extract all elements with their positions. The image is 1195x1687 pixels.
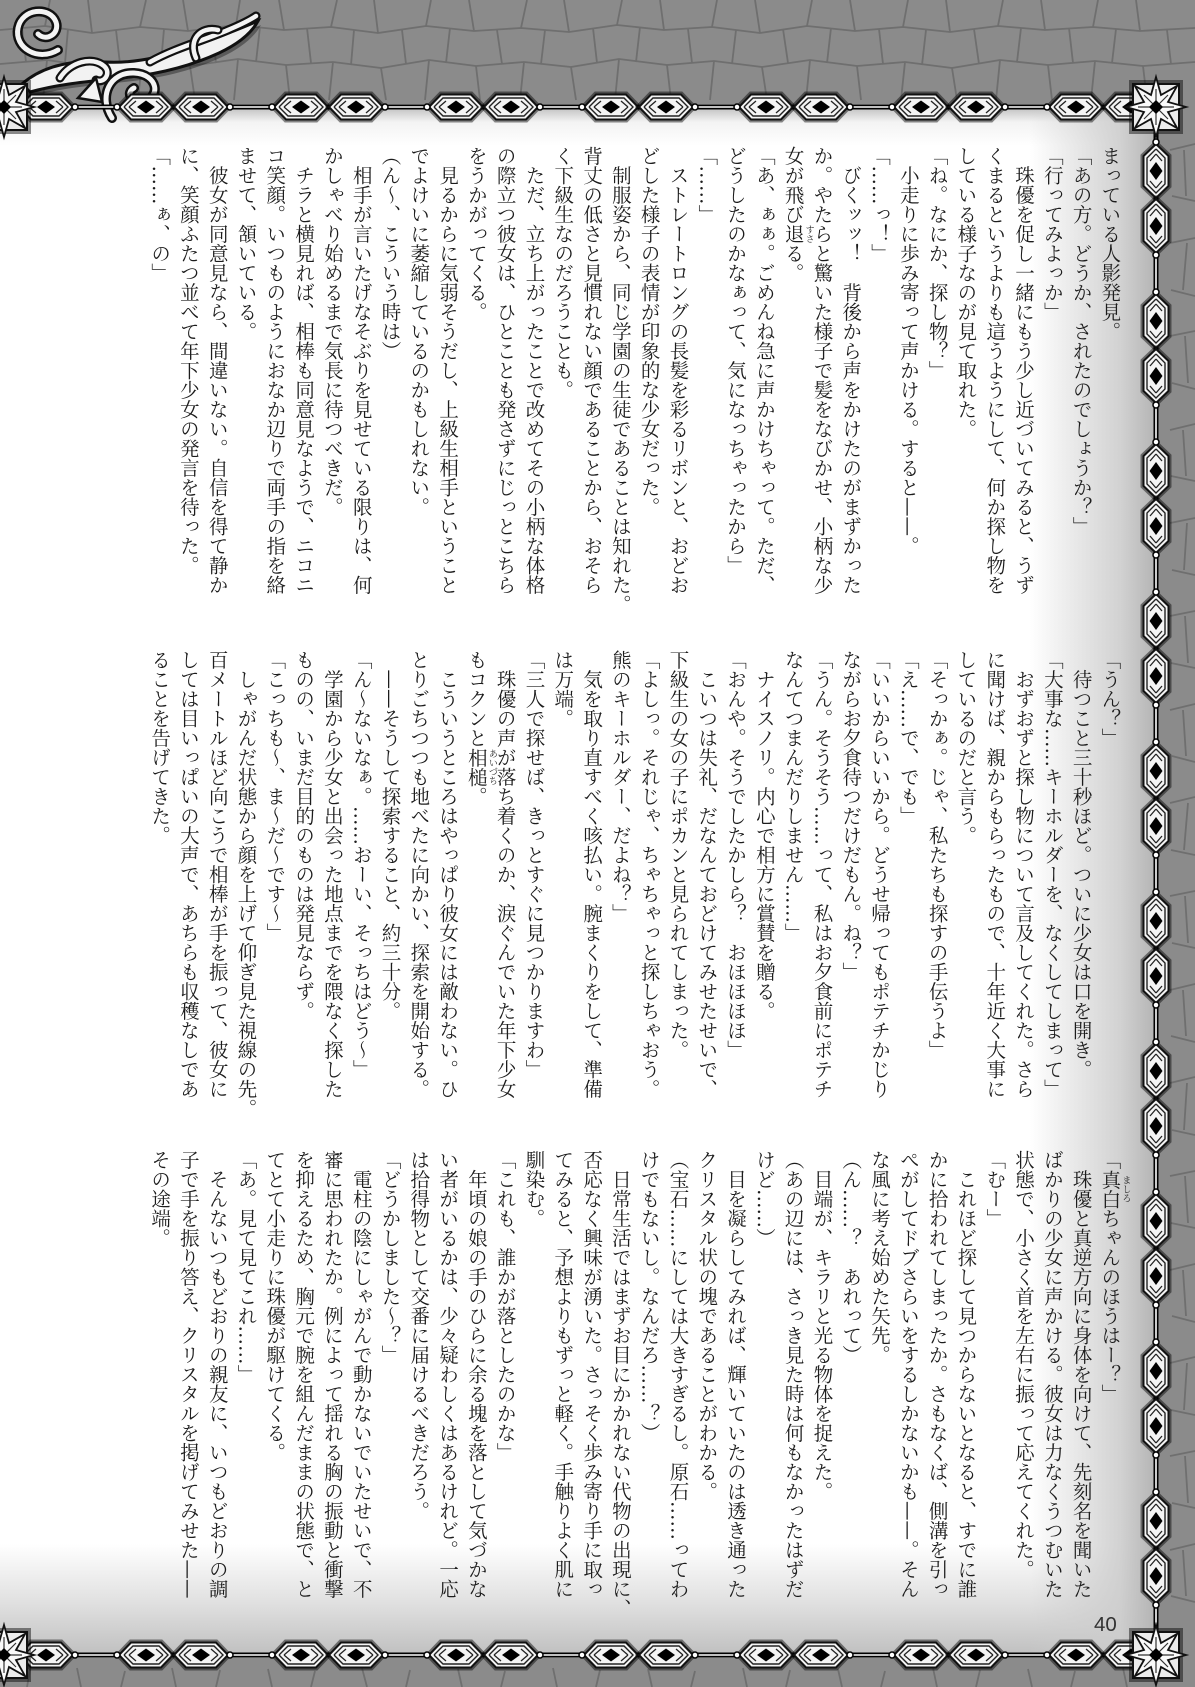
text-column: 珠優と真逆方向に身体を向けて、先刻名を聞いた	[1066, 1150, 1095, 1620]
text-column: とりごちつつも地べたに向かい、探索を開始する。	[403, 650, 432, 1120]
text-column: している様子なのが見て取れた。	[951, 146, 980, 616]
text-column: びくッッ！ 背後から声をかけたのがまずかった	[835, 146, 864, 616]
text-column-with-ruby: 女が飛び退すさる。	[778, 146, 807, 616]
text-column: 「三人で探せば、きっとすぐに見つかりますわ」	[519, 650, 548, 1120]
text-column: 学園から少女と出会った地点までを隈なく探した	[317, 650, 346, 1120]
text-column: てみると、予想よりもずっと軽く。手触りよく肌に	[547, 1150, 576, 1620]
text-column: 馴染む。	[519, 1150, 548, 1620]
ruby-base-text: 相槌	[465, 748, 488, 787]
text-column: かに拾われてしまったか。さもなくば、側溝を引っ	[922, 1150, 951, 1620]
text-column: おずおずと探し物について言及してくれた。さら	[1008, 650, 1037, 1120]
text-column: くまるというよりも這うようにして、何か探し物を	[979, 146, 1008, 616]
text-column: 審に思われたか。例によって揺れる胸の振動と衝撃	[317, 1150, 346, 1620]
text-column: けでもないし。なんだろ……？）	[634, 1150, 663, 1620]
text-run: 。	[465, 787, 488, 807]
text-column: 状態で、小さく首を左右に振って応えてくれた。	[1008, 1150, 1037, 1620]
text-column: 日常生活ではまずお目にかかれない代物の出現に、	[605, 1150, 634, 1620]
text-column: クリスタル状の塊であることがわかる。	[691, 1150, 720, 1620]
text-column: そんないつもどおりの親友に、いつもどおりの調	[202, 1150, 231, 1620]
text-column: 「むー」	[979, 1150, 1008, 1620]
text-column: ませて、頷いている。	[231, 146, 260, 616]
text-column: 「おんや。そうでしたかしら？ おほほほほ」	[720, 650, 749, 1120]
text-column: ばかりの少女に声かける。彼女は力なくうつむいた	[1037, 1150, 1066, 1620]
ruby-base: 真白ましろ	[1098, 1170, 1121, 1209]
text-run: 女が飛び	[782, 146, 805, 224]
text-column: 「大事な……キーホルダーを、なくしてしまって」	[1037, 650, 1066, 1120]
text-tier-1: まっている人影発見。 「あの方。どうか、されたのでしょうか？」 「行ってみよっか…	[144, 146, 1123, 616]
text-column: 彼女が同意見なら、間違いない。自信を得て静か	[202, 146, 231, 616]
text-column: 制服姿から、同じ学園の生徒であることは知れた。	[605, 146, 634, 616]
text-tier-2: 「うん？」 待つこと三十秒ほど。ついに少女は口を開き。 「大事な……キーホルダー…	[144, 650, 1123, 1120]
text-column: けど……）	[749, 1150, 778, 1620]
text-run: ちゃんのほうはー？」	[1098, 1209, 1121, 1404]
text-column: 「これも、誰かが落としたのかな」	[490, 1150, 519, 1620]
text-column: 「……ぁ、の」	[144, 146, 173, 616]
text-column: ——そうして探索すること、約三十分。	[375, 650, 404, 1120]
text-column: 百メートルほど向こうで相棒が手を振って、彼女に	[202, 650, 231, 1120]
text-column: 珠優を促し一緒にもう少し近づいてみると、うず	[1008, 146, 1037, 616]
ruby-reading: すさ	[804, 225, 813, 243]
text-column: 子で手を振り答え、クリスタルを掲げてみせた——	[173, 1150, 202, 1620]
text-column: 熊のキーホルダー、だよね？」	[605, 650, 634, 1120]
text-column: 珠優の声が落ち着くのか、涙ぐんでいた年下少女	[490, 650, 519, 1120]
text-column: ただ、立ち上がったことで改めてその小柄な体格	[519, 146, 548, 616]
text-column: は拾得物として交番に届けるべきだろう。	[403, 1150, 432, 1620]
ruby-reading: ましろ	[1120, 1176, 1129, 1203]
text-column: 待つこと三十秒ほど。ついに少女は口を開き。	[1066, 650, 1095, 1120]
text-column: 目端が、キラリと光る物体を捉えた。	[807, 1150, 836, 1620]
text-column: 目を凝らしてみれば、輝いていたのは透き通った	[720, 1150, 749, 1620]
text-column: （あの辺には、さっき見た時は何もなかったはずだ	[778, 1150, 807, 1620]
text-run: もコクンと	[465, 650, 488, 748]
text-column: に、笑顔ふたつ並べて年下少女の発言を待った。	[173, 146, 202, 616]
text-column: ながらお夕食待つだけだもん。ね？」	[835, 650, 864, 1120]
text-column: 否応なく興味が湧いた。さっそく歩み寄り手に取っ	[576, 1150, 605, 1620]
text-column: 「うん。そうそう……って、私はお夕食前にポテチ	[807, 650, 836, 1120]
text-column: （宝石……にしては大きすぎるし。原石……ってわ	[663, 1150, 692, 1620]
text-column: かしゃべり始めるまで気長に待つべきだ。	[317, 146, 346, 616]
text-column: をうかがってくる。	[461, 146, 490, 616]
text-column: 「どうかしました～？」	[375, 1150, 404, 1620]
text-column: を抑えるため、胸元で腕を組んだままの状態で、と	[288, 1150, 317, 1620]
text-column: は万端。	[547, 650, 576, 1120]
bottom-border	[0, 1643, 1163, 1668]
text-column: ることを告げてきた。	[144, 650, 173, 1120]
text-column: い者がいるかは、少々疑わしくはあるけれど。一応	[432, 1150, 461, 1620]
text-column: しているのだと言う。	[951, 650, 980, 1120]
text-column: こいつは失礼、だなんておどけてみせたせいで、	[691, 650, 720, 1120]
text-column: 「え……で、でも」	[893, 650, 922, 1120]
text-column: 「……っ！」	[864, 146, 893, 616]
text-column: しゃがんだ状態から顔を上げて仰ぎ見た視線の先。	[231, 650, 260, 1120]
text-column: ぺがしてドブさらいをするしかないかも——。そん	[893, 1150, 922, 1620]
text-column: 電柱の陰にしゃがんで動かないでいたせいで、不	[346, 1150, 375, 1620]
text-column: てとて小走りに珠優が駆けてくる。	[260, 1150, 289, 1620]
ruby-reading: あいづち	[487, 749, 496, 785]
text-column: こういうところはやっぱり彼女には敵わない。ひ	[432, 650, 461, 1120]
text-run: 「	[1098, 1150, 1121, 1170]
text-run: る。	[782, 244, 805, 283]
ruby-base: 相槌あいづち	[465, 748, 488, 787]
text-column: 気を取り直すべく咳払い。腕まくりをして、準備	[576, 650, 605, 1120]
text-column: コ笑顔。いつものようにおなか辺りで両手の指を絡	[260, 146, 289, 616]
text-column: 年頃の娘の手のひらに余る塊を落として気づかな	[461, 1150, 490, 1620]
text-column: 小走りに歩み寄って声かける。すると——。	[893, 146, 922, 616]
text-tier-3: 「真白ましろちゃんのほうはー？」 珠優と真逆方向に身体を向けて、先刻名を聞いた …	[144, 1150, 1123, 1620]
text-column: なんてつまんだりしません……」	[778, 650, 807, 1120]
text-column: 「ん～ないなぁ。……おーい、そっちはどう～」	[346, 650, 375, 1120]
text-column: 「行ってみよっか」	[1037, 146, 1066, 616]
text-column: 「いいからいいから。どうせ帰ってもポテチかじり	[864, 650, 893, 1120]
text-column: ストレートロングの長髪を彩るリボンと、おどお	[663, 146, 692, 616]
text-column: の際立つ彼女は、ひとことも発さずにじっとこちら	[490, 146, 519, 616]
text-column: ものの、いまだ目的のものは発見ならず。	[288, 650, 317, 1120]
text-column: か。やたらと驚いた様子で髪をなびかせ、小柄な少	[807, 146, 836, 616]
ruby-base-text: 退	[782, 224, 805, 244]
text-column: 「よしっ。それじゃ、ちゃちゃっと探しちゃおう。	[634, 650, 663, 1120]
text-column: チラと横見れば、相棒も同意見なようで、ニコニ	[288, 146, 317, 616]
text-column: でよけいに萎縮しているのかもしれない。	[403, 146, 432, 616]
text-column-with-ruby: 「真白ましろちゃんのほうはー？」	[1095, 1150, 1124, 1620]
text-column: 「うん？」	[1095, 650, 1124, 1120]
text-column: 見るからに気弱そうだし、上級生相手ということ	[432, 146, 461, 616]
top-border	[0, 95, 1163, 120]
text-column: 「あの方。どうか、されたのでしょうか？」	[1066, 146, 1095, 616]
text-column: しては目いっぱいの大声で、あちらも収穫なしであ	[173, 650, 202, 1120]
text-column: 「……」	[691, 146, 720, 616]
text-column: これほど探して見つからないとなると、すでに誰	[951, 1150, 980, 1620]
text-column: どした様子の表情が印象的な少女だった。	[634, 146, 663, 616]
text-column: ナイスノリ。内心で相方に賞賛を贈る。	[749, 650, 778, 1120]
text-column: 「こっちも～、ま～だ～です～」	[260, 650, 289, 1120]
text-column: （ん～、こういう時は）	[375, 146, 404, 616]
page-number: 40	[1094, 1615, 1117, 1636]
text-column: な風に考え始めた矢先。	[864, 1150, 893, 1620]
text-column: 「あ、ぁぁ。ごめんね急に声かけちゃって。ただ、	[749, 146, 778, 616]
text-column: 下級生の女の子にポカンと見られてしまった。	[663, 650, 692, 1120]
text-column: まっている人影発見。	[1095, 146, 1124, 616]
text-column: 相手が言いたげなそぶりを見せている限りは、何	[346, 146, 375, 616]
text-column: 背丈の低さと見慣れない顔であることから、おそら	[576, 146, 605, 616]
text-column: に聞けば、親からもらったもので、十年近く大事に	[979, 650, 1008, 1120]
text-column: 「そっかぁ。じゃ、私たちも探すの手伝うよ」	[922, 650, 951, 1120]
text-column: （ん……？ あれって）	[835, 1150, 864, 1620]
text-column: どうしたのかなぁって、気になっちゃったから」	[720, 146, 749, 616]
ruby-base-text: 真白	[1098, 1170, 1121, 1209]
text-column: 「ね。なにか、探し物？」	[922, 146, 951, 616]
text-column: く下級生なのだろうことも。	[547, 146, 576, 616]
text-column-with-ruby: もコクンと相槌あいづち。	[461, 650, 490, 1120]
text-column: 「あ。見て見てこれ……」	[231, 1150, 260, 1620]
ruby-base: 退すさ	[782, 224, 805, 244]
text-column: その途端。	[144, 1150, 173, 1620]
